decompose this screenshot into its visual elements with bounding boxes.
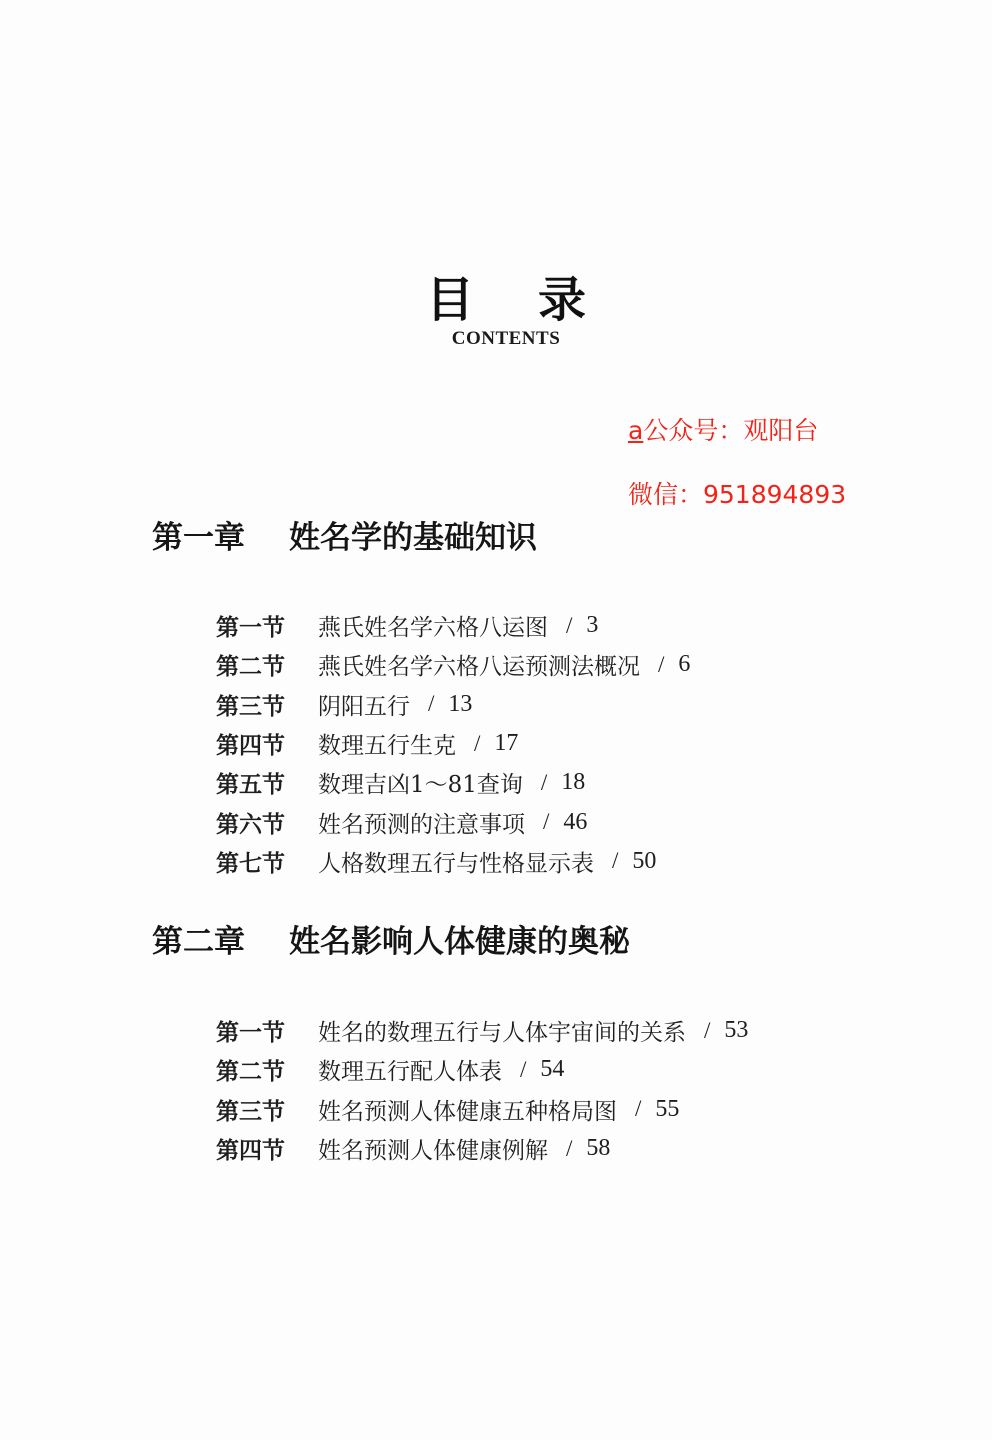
- page-number: 3: [586, 612, 598, 639]
- section-title: 姓名预测人体健康五种格局图: [318, 1093, 617, 1126]
- section-number: 第二节: [216, 1053, 318, 1086]
- section-title: 姓名预测人体健康例解: [318, 1132, 548, 1165]
- title-char-1: 目: [426, 272, 474, 328]
- section-title: 燕氏姓名学六格八运图: [318, 609, 548, 642]
- watermark-account: a公众号：观阳台: [628, 416, 818, 446]
- separator: /: [635, 1096, 641, 1122]
- section-number: 第五节: [216, 766, 318, 799]
- section-number: 第二节: [216, 648, 318, 681]
- toc-entry[interactable]: 第二节 燕氏姓名学六格八运预测法概况 / 6: [216, 645, 690, 684]
- section-title: 姓名的数理五行与人体宇宙间的关系: [318, 1014, 686, 1047]
- chapter-heading: 第二章 姓名影响人体健康的奥秘: [152, 922, 630, 962]
- separator: /: [566, 1136, 572, 1162]
- toc-entry[interactable]: 第三节 阴阳五行 / 13: [216, 685, 690, 724]
- separator: /: [474, 731, 480, 757]
- section-number: 第四节: [216, 727, 318, 760]
- section-title: 阴阳五行: [318, 688, 410, 721]
- section-title: 数理吉凶1～81查询: [318, 766, 523, 799]
- section-title: 人格数理五行与性格显示表: [318, 845, 594, 878]
- page-title: 目 录: [426, 272, 586, 328]
- page-number: 17: [494, 730, 518, 757]
- section-number: 第三节: [216, 1093, 318, 1126]
- section-title: 数理五行生克: [318, 727, 456, 760]
- page-number: 55: [655, 1096, 679, 1123]
- section-title: 姓名预测的注意事项: [318, 806, 525, 839]
- watermark-prefix: a: [628, 416, 643, 445]
- separator: /: [658, 652, 664, 678]
- page-number: 6: [678, 651, 690, 678]
- toc-entry[interactable]: 第一节 燕氏姓名学六格八运图 / 3: [216, 606, 690, 645]
- chapter-title: 姓名学的基础知识: [289, 518, 537, 558]
- section-number: 第四节: [216, 1132, 318, 1165]
- separator: /: [704, 1018, 710, 1044]
- chapter-title: 姓名影响人体健康的奥秘: [289, 922, 630, 962]
- section-list: 第一节 姓名的数理五行与人体宇宙间的关系 / 53 第二节 数理五行配人体表 /…: [216, 1011, 748, 1168]
- page-number: 53: [724, 1017, 748, 1044]
- watermark-account-text: 公众号：观阳台: [643, 416, 818, 445]
- section-number: 第一节: [216, 1014, 318, 1047]
- separator: /: [520, 1057, 526, 1083]
- section-number: 第六节: [216, 806, 318, 839]
- separator: /: [612, 848, 618, 874]
- toc-entry[interactable]: 第五节 数理吉凶1～81查询 / 18: [216, 763, 690, 802]
- separator: /: [543, 809, 549, 835]
- page-number: 46: [563, 809, 587, 836]
- page-number: 13: [448, 691, 472, 718]
- toc-entry[interactable]: 第三节 姓名预测人体健康五种格局图 / 55: [216, 1090, 748, 1129]
- separator: /: [541, 770, 547, 796]
- toc-entry[interactable]: 第一节 姓名的数理五行与人体宇宙间的关系 / 53: [216, 1011, 748, 1050]
- chapter-heading: 第一章 姓名学的基础知识: [152, 518, 537, 558]
- toc-entry[interactable]: 第六节 姓名预测的注意事项 / 46: [216, 802, 690, 841]
- page-subtitle: CONTENTS: [436, 328, 576, 350]
- toc-entry[interactable]: 第四节 姓名预测人体健康例解 / 58: [216, 1129, 748, 1168]
- section-number: 第三节: [216, 688, 318, 721]
- chapter-number: 第一章: [152, 518, 289, 558]
- toc-entry[interactable]: 第七节 人格数理五行与性格显示表 / 50: [216, 842, 690, 881]
- separator: /: [566, 613, 572, 639]
- section-number: 第一节: [216, 609, 318, 642]
- page-number: 58: [586, 1135, 610, 1162]
- watermark-wechat: 微信：951894893: [628, 480, 846, 510]
- toc-entry[interactable]: 第二节 数理五行配人体表 / 54: [216, 1050, 748, 1089]
- page-number: 54: [540, 1056, 564, 1083]
- separator: /: [428, 691, 434, 717]
- title-char-2: 录: [538, 272, 586, 328]
- section-number: 第七节: [216, 845, 318, 878]
- section-title: 数理五行配人体表: [318, 1053, 502, 1086]
- page-number: 18: [561, 769, 585, 796]
- section-title: 燕氏姓名学六格八运预测法概况: [318, 648, 640, 681]
- page-number: 50: [632, 848, 656, 875]
- section-list: 第一节 燕氏姓名学六格八运图 / 3 第二节 燕氏姓名学六格八运预测法概况 / …: [216, 606, 690, 881]
- toc-entry[interactable]: 第四节 数理五行生克 / 17: [216, 724, 690, 763]
- chapter-number: 第二章: [152, 922, 289, 962]
